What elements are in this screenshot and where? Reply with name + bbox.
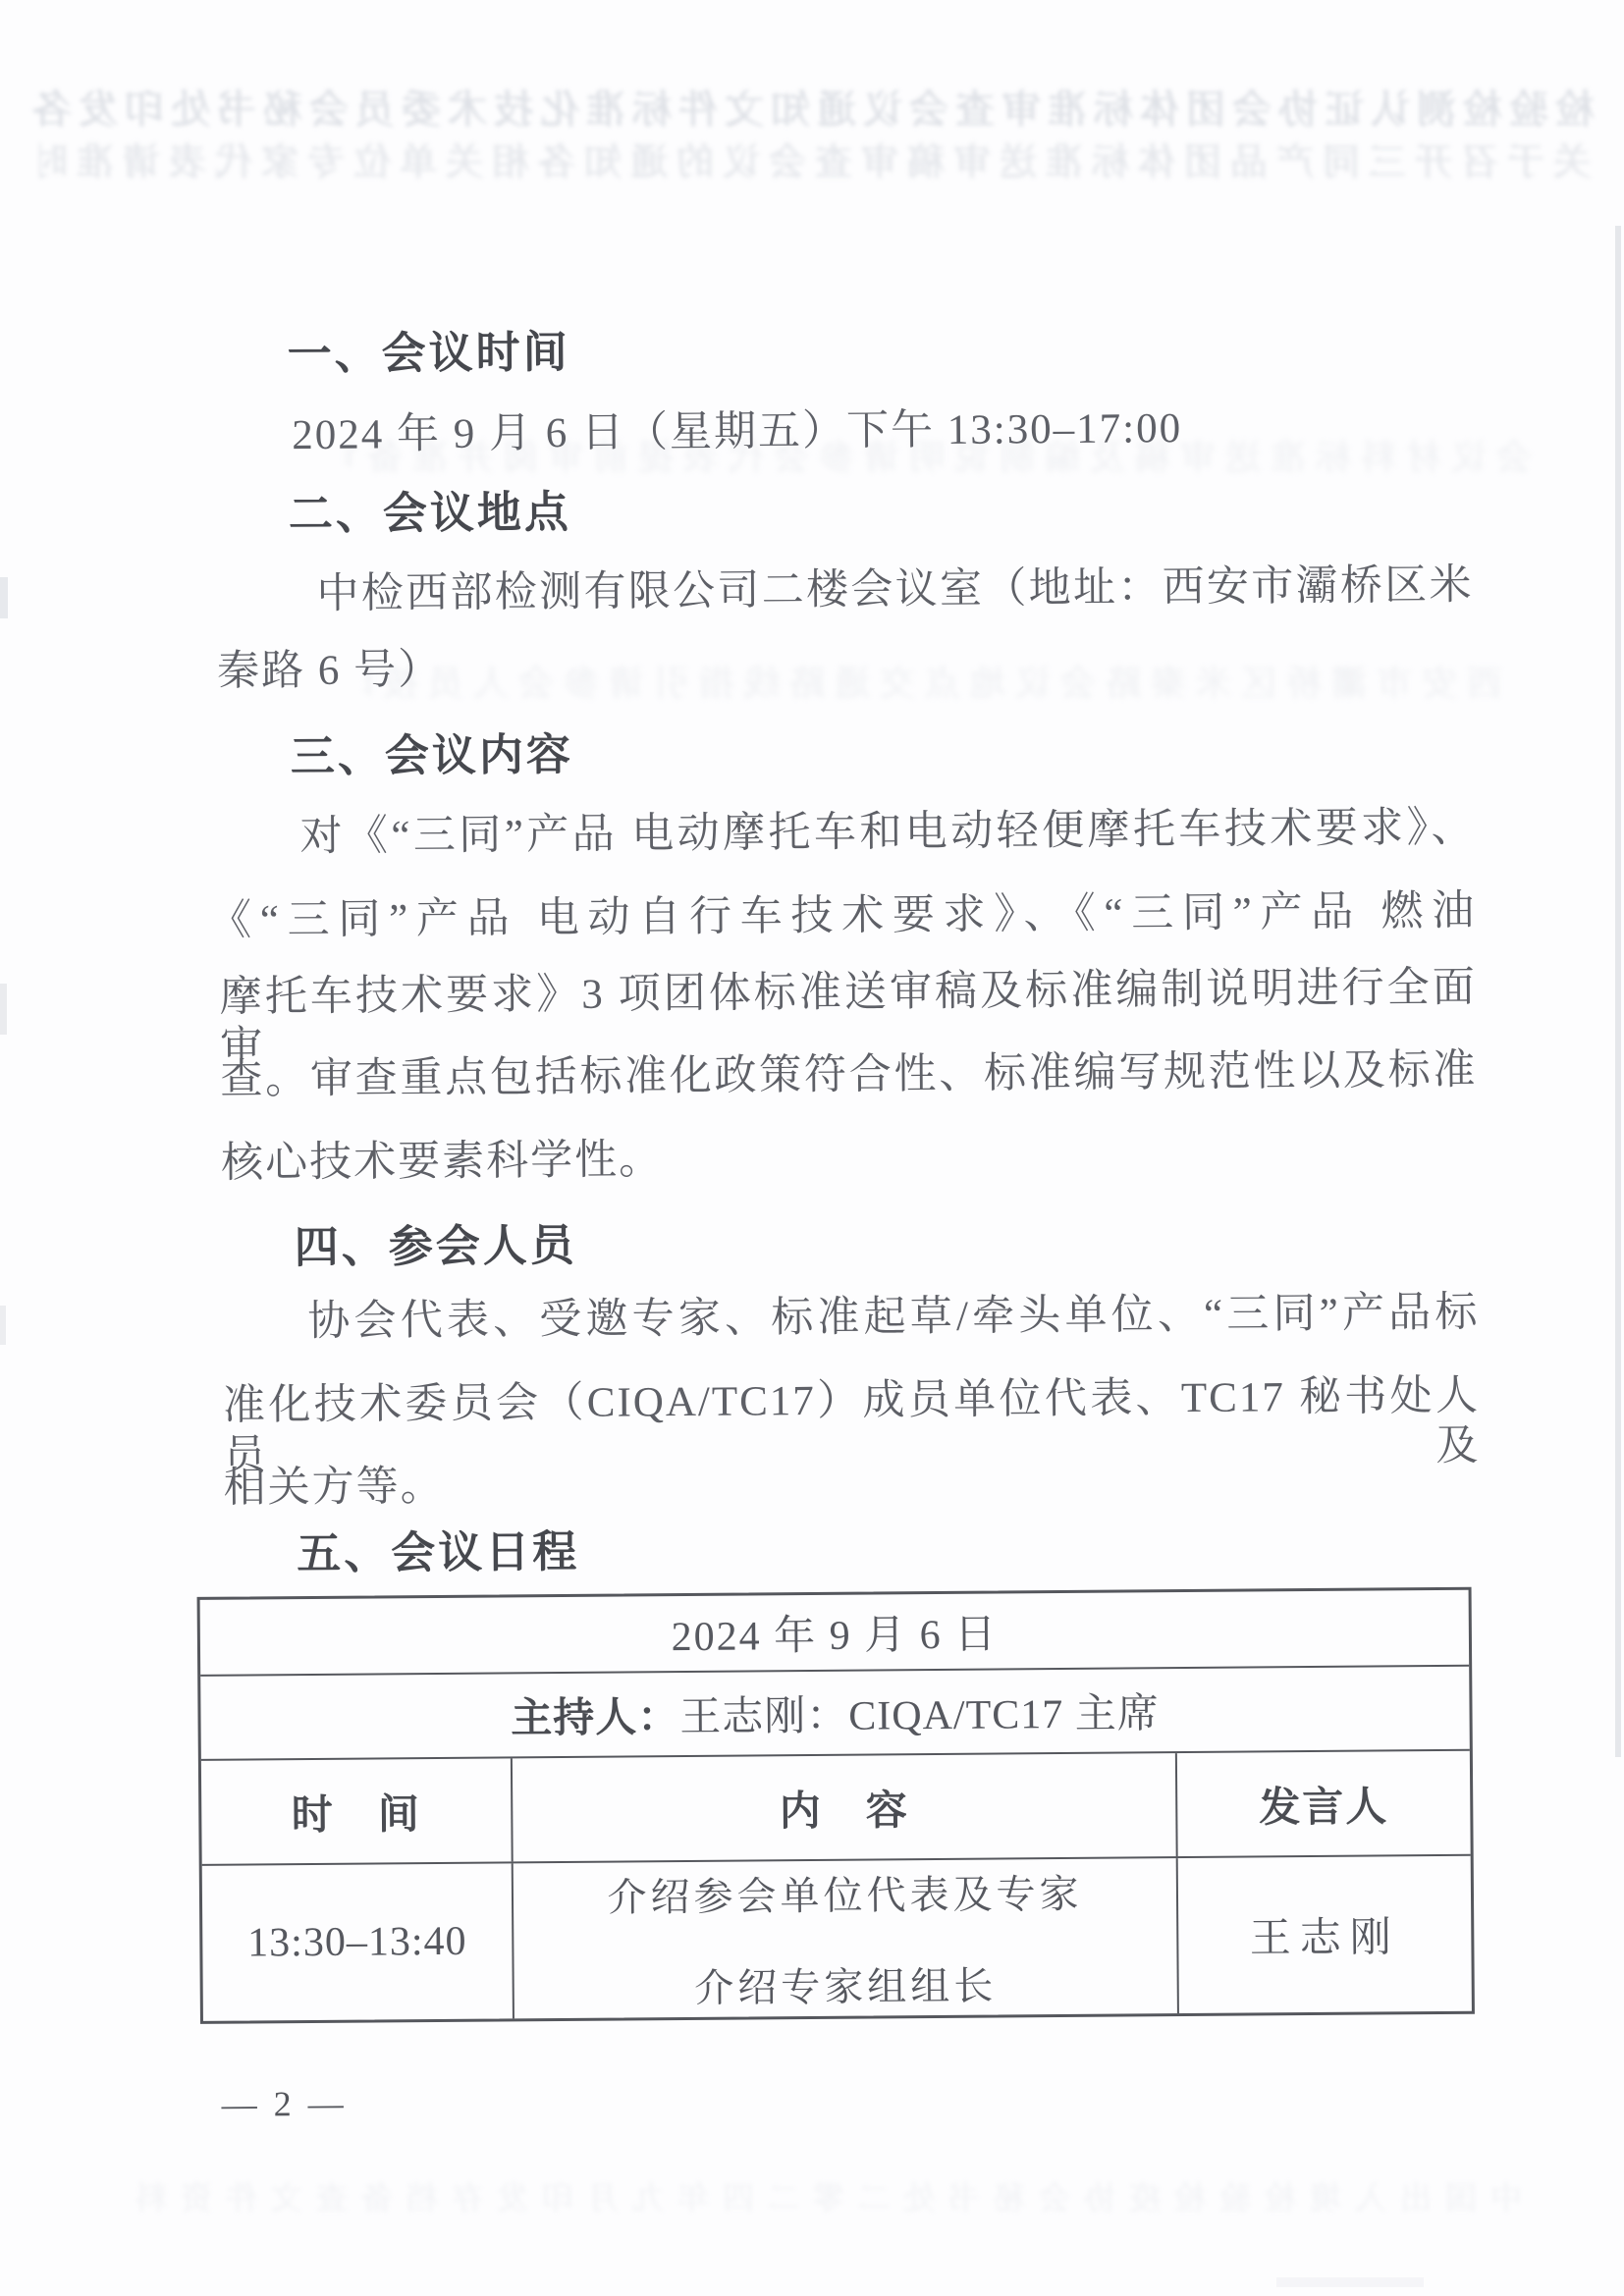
table-date: 2024 年 9 月 6 日 bbox=[671, 1602, 998, 1664]
host-value: 王志刚：CIQA/TC17 主席 bbox=[679, 1681, 1160, 1743]
meeting-content-text: 《“三同”产品 电动自行车技术要求》、《“三同”产品 燃油 bbox=[209, 887, 1476, 947]
cell-content-line: 介绍专家组组长 bbox=[694, 1955, 997, 2013]
host-label: 主持人： bbox=[511, 1684, 679, 1744]
column-header-speaker: 发言人 bbox=[1177, 1751, 1471, 1856]
participants-text: 协会代表、受邀专家、标准起草/牵头单位、“三同”产品标 bbox=[307, 1289, 1479, 1348]
table-row: 13:30–13:40 介绍参会单位代表及专家 介绍专家组组长 王志刚 bbox=[202, 1856, 1472, 2021]
section-heading-meeting-place: 二、会议地点 bbox=[289, 486, 571, 540]
section-heading-participants: 四、参会人员 bbox=[295, 1219, 577, 1273]
cell-speaker: 王志刚 bbox=[1178, 1856, 1472, 2013]
meeting-content-text: 对《“三同”产品 电动摩托车和电动轻便摩托车技术要求》、 bbox=[299, 804, 1475, 863]
column-header-content: 内 容 bbox=[513, 1753, 1178, 1861]
section-heading-agenda: 五、会议日程 bbox=[297, 1525, 579, 1579]
section-heading-meeting-time: 一、会议时间 bbox=[287, 326, 569, 380]
document-content: 一、会议时间 2024 年 9 月 6 日（星期五）下午 13:30–17:00… bbox=[0, 0, 1624, 2296]
cell-time: 13:30–13:40 bbox=[202, 1863, 514, 2020]
column-header-time: 时 间 bbox=[201, 1758, 514, 1863]
table-header-row: 时 间 内 容 发言人 bbox=[201, 1751, 1471, 1866]
meeting-place-text: 秦路 6 号） bbox=[217, 646, 442, 698]
table-date-row: 2024 年 9 月 6 日 bbox=[200, 1590, 1470, 1677]
page-number: — 2 — bbox=[221, 2083, 347, 2125]
meeting-time-text: 2024 年 9 月 6 日（星期五）下午 13:30–17:00 bbox=[292, 404, 1182, 461]
meeting-content-text: 核心技术要素科学性。 bbox=[221, 1136, 663, 1189]
meeting-content-text: 查。审查重点包括标准化政策符合性、标准编写规范性以及标准 bbox=[220, 1046, 1477, 1106]
schedule-table: 2024 年 9 月 6 日 主持人： 王志刚：CIQA/TC17 主席 时 间… bbox=[197, 1587, 1475, 2024]
section-heading-meeting-content: 三、会议内容 bbox=[291, 728, 573, 782]
meeting-place-text: 中检西部检测有限公司二楼会议室（地址：西安市灞桥区米 bbox=[316, 561, 1473, 620]
cell-content: 介绍参会单位代表及专家 介绍专家组组长 bbox=[514, 1858, 1179, 2018]
table-host-row: 主持人： 王志刚：CIQA/TC17 主席 bbox=[200, 1667, 1470, 1761]
scanned-document-page: 检验检测认证协会团体标准审查会议通知文件标准化技术委员会秘书处印发各有关单位代表… bbox=[0, 0, 1624, 2296]
participants-text: 相关方等。 bbox=[224, 1463, 445, 1514]
cell-content-line: 介绍参会单位代表及专家 bbox=[607, 1863, 1082, 1923]
